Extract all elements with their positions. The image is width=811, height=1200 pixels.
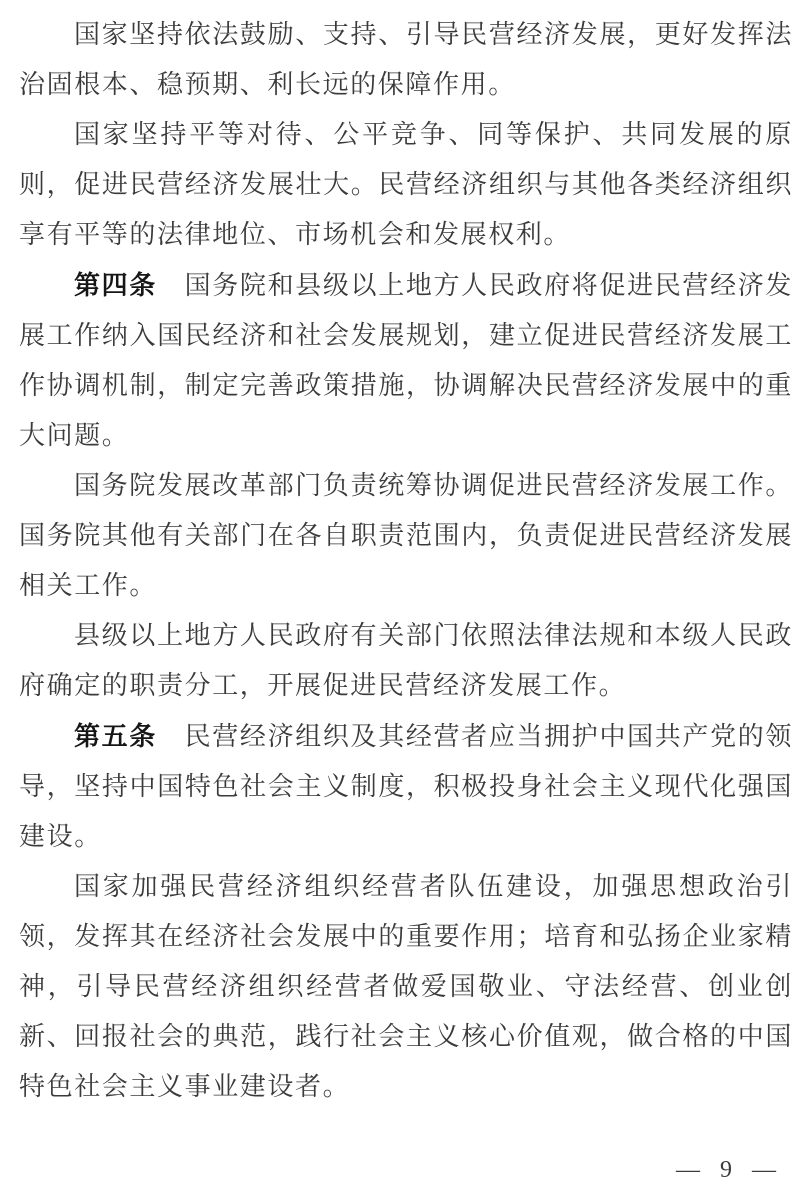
article-4-heading: 第四条 xyxy=(74,270,157,300)
paragraph-text: 国家坚持依法鼓励、支持、引导民营经济发展，更好发挥法治固根本、稳预期、利长远的保… xyxy=(19,20,793,99)
article-5-heading: 第五条 xyxy=(74,721,157,751)
paragraph-5: 县级以上地方人民政府有关部门依照法律法规和本级人民政府确定的职责分工，开展促进民… xyxy=(19,611,793,711)
document-page: 国家坚持依法鼓励、支持、引导民营经济发展，更好发挥法治固根本、稳预期、利长远的保… xyxy=(0,0,811,1200)
page-footer: — 9 — xyxy=(676,1157,777,1184)
paragraph-text: 县级以上地方人民政府有关部门依照法律法规和本级人民政府确定的职责分工，开展促进民… xyxy=(19,621,793,700)
paragraph-text: 国务院发展改革部门负责统筹协调促进民营经济发展工作。国务院其他有关部门在各自职责… xyxy=(19,471,793,600)
paragraph-article-5: 第五条 民营经济组织及其经营者应当拥护中国共产党的领导，坚持中国特色社会主义制度… xyxy=(19,711,793,862)
page-number: — 9 — xyxy=(676,1157,777,1183)
paragraph-article-4: 第四条 国务院和县级以上地方人民政府将促进民营经济发展工作纳入国民经济和社会发展… xyxy=(19,260,793,461)
paragraph-text: 国家加强民营经济组织经营者队伍建设，加强思想政治引领，发挥其在经济社会发展中的重… xyxy=(19,872,793,1101)
paragraph-text: 国家坚持平等对待、公平竞争、同等保护、共同发展的原则，促进民营经济发展壮大。民营… xyxy=(19,120,793,249)
document-body: 国家坚持依法鼓励、支持、引导民营经济发展，更好发挥法治固根本、稳预期、利长远的保… xyxy=(0,0,811,1112)
paragraph-1: 国家坚持依法鼓励、支持、引导民营经济发展，更好发挥法治固根本、稳预期、利长远的保… xyxy=(19,10,793,110)
paragraph-7: 国家加强民营经济组织经营者队伍建设，加强思想政治引领，发挥其在经济社会发展中的重… xyxy=(19,862,793,1112)
paragraph-2: 国家坚持平等对待、公平竞争、同等保护、共同发展的原则，促进民营经济发展壮大。民营… xyxy=(19,110,793,260)
paragraph-4: 国务院发展改革部门负责统筹协调促进民营经济发展工作。国务院其他有关部门在各自职责… xyxy=(19,461,793,611)
